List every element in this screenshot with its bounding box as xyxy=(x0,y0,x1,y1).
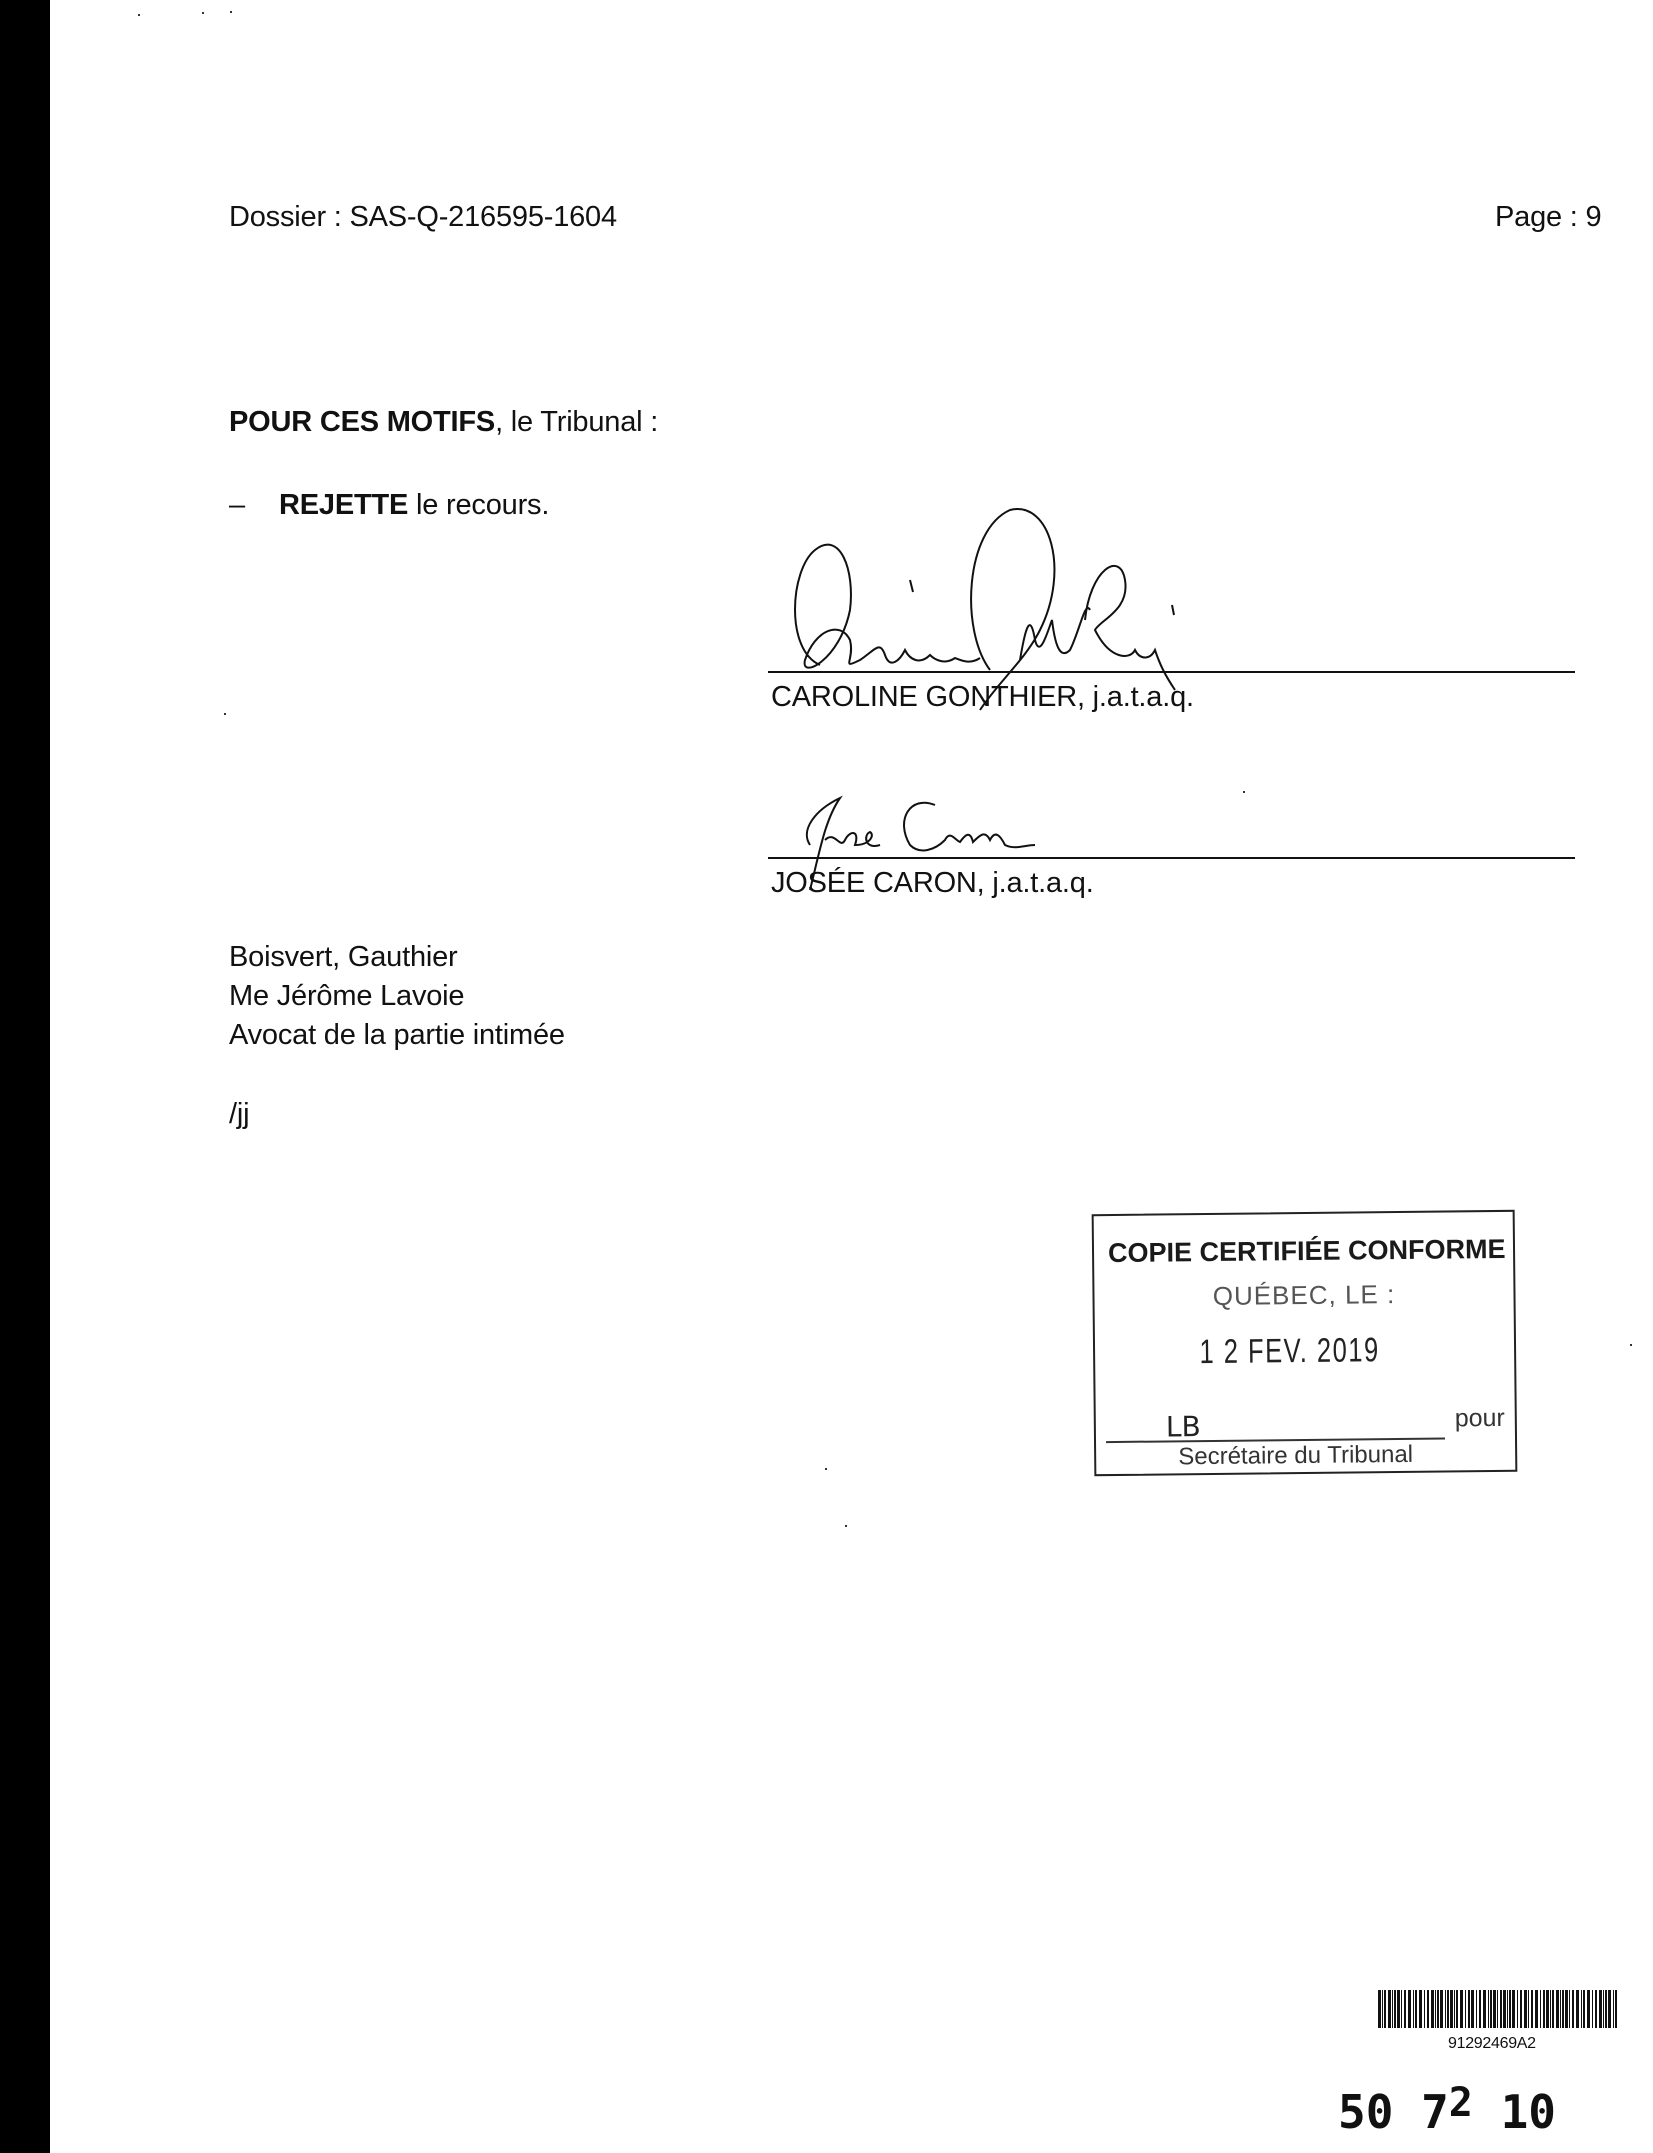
decision-intro-rest: , le Tribunal : xyxy=(495,406,658,438)
signature-line xyxy=(768,671,1575,673)
scan-speck xyxy=(224,713,226,715)
scan-speck xyxy=(230,11,232,13)
decision-intro: POUR CES MOTIFS, le Tribunal : xyxy=(229,408,658,437)
decision-order-rest: le recours. xyxy=(408,489,549,521)
scan-speck xyxy=(1243,791,1245,793)
stamped-number-sup: 2 xyxy=(1449,2080,1473,2126)
scan-speck xyxy=(138,14,140,16)
handwritten-signature-icon xyxy=(780,510,1400,690)
stamped-number-tail: 10 xyxy=(1473,2085,1556,2139)
scan-speck xyxy=(845,1525,847,1527)
counsel-role: Avocat de la partie intimée xyxy=(229,1021,565,1050)
decision-bullet: – xyxy=(229,491,245,520)
stamp-title: COPIE CERTIFIÉE CONFORME xyxy=(1108,1234,1506,1269)
signatory-name: CAROLINE GONTHIER, j.a.t.a.q. xyxy=(771,683,1194,712)
typist-initials: /jj xyxy=(229,1100,249,1129)
stamp-date: 1 2 FEV. 2019 xyxy=(1144,1331,1436,1373)
counsel-name: Me Jérôme Lavoie xyxy=(229,982,464,1011)
scan-speck xyxy=(202,12,204,14)
stamp-role: Secrétaire du Tribunal xyxy=(1146,1441,1445,1472)
certified-copy-stamp: COPIE CERTIFIÉE CONFORME QUÉBEC, LE : 1 … xyxy=(1092,1210,1518,1476)
stamped-number: 50 72 10 xyxy=(1338,2080,1556,2139)
scan-speck xyxy=(825,1468,827,1470)
stamp-initials: LB xyxy=(1166,1410,1201,1443)
stamp-pour: pour xyxy=(1455,1404,1505,1434)
signatory-name: JOSÉE CARON, j.a.t.a.q. xyxy=(771,869,1094,898)
scan-edge xyxy=(0,0,50,2153)
barcode-number: 91292469A2 xyxy=(1448,2035,1536,2053)
stamped-number-main: 50 7 xyxy=(1338,2085,1449,2139)
stamp-place: QUÉBEC, LE : xyxy=(1094,1278,1513,1313)
decision-intro-bold: POUR CES MOTIFS xyxy=(229,406,495,438)
decision-order: REJETTE le recours. xyxy=(279,491,549,520)
counsel-firm: Boisvert, Gauthier xyxy=(229,943,458,972)
scan-speck xyxy=(1630,1344,1632,1346)
signature-line xyxy=(768,857,1575,859)
page-number: Page : 9 xyxy=(1495,203,1601,232)
dossier-number: Dossier : SAS-Q-216595-1604 xyxy=(229,203,617,232)
decision-order-bold: REJETTE xyxy=(279,489,408,521)
barcode-icon xyxy=(1378,1990,1618,2028)
